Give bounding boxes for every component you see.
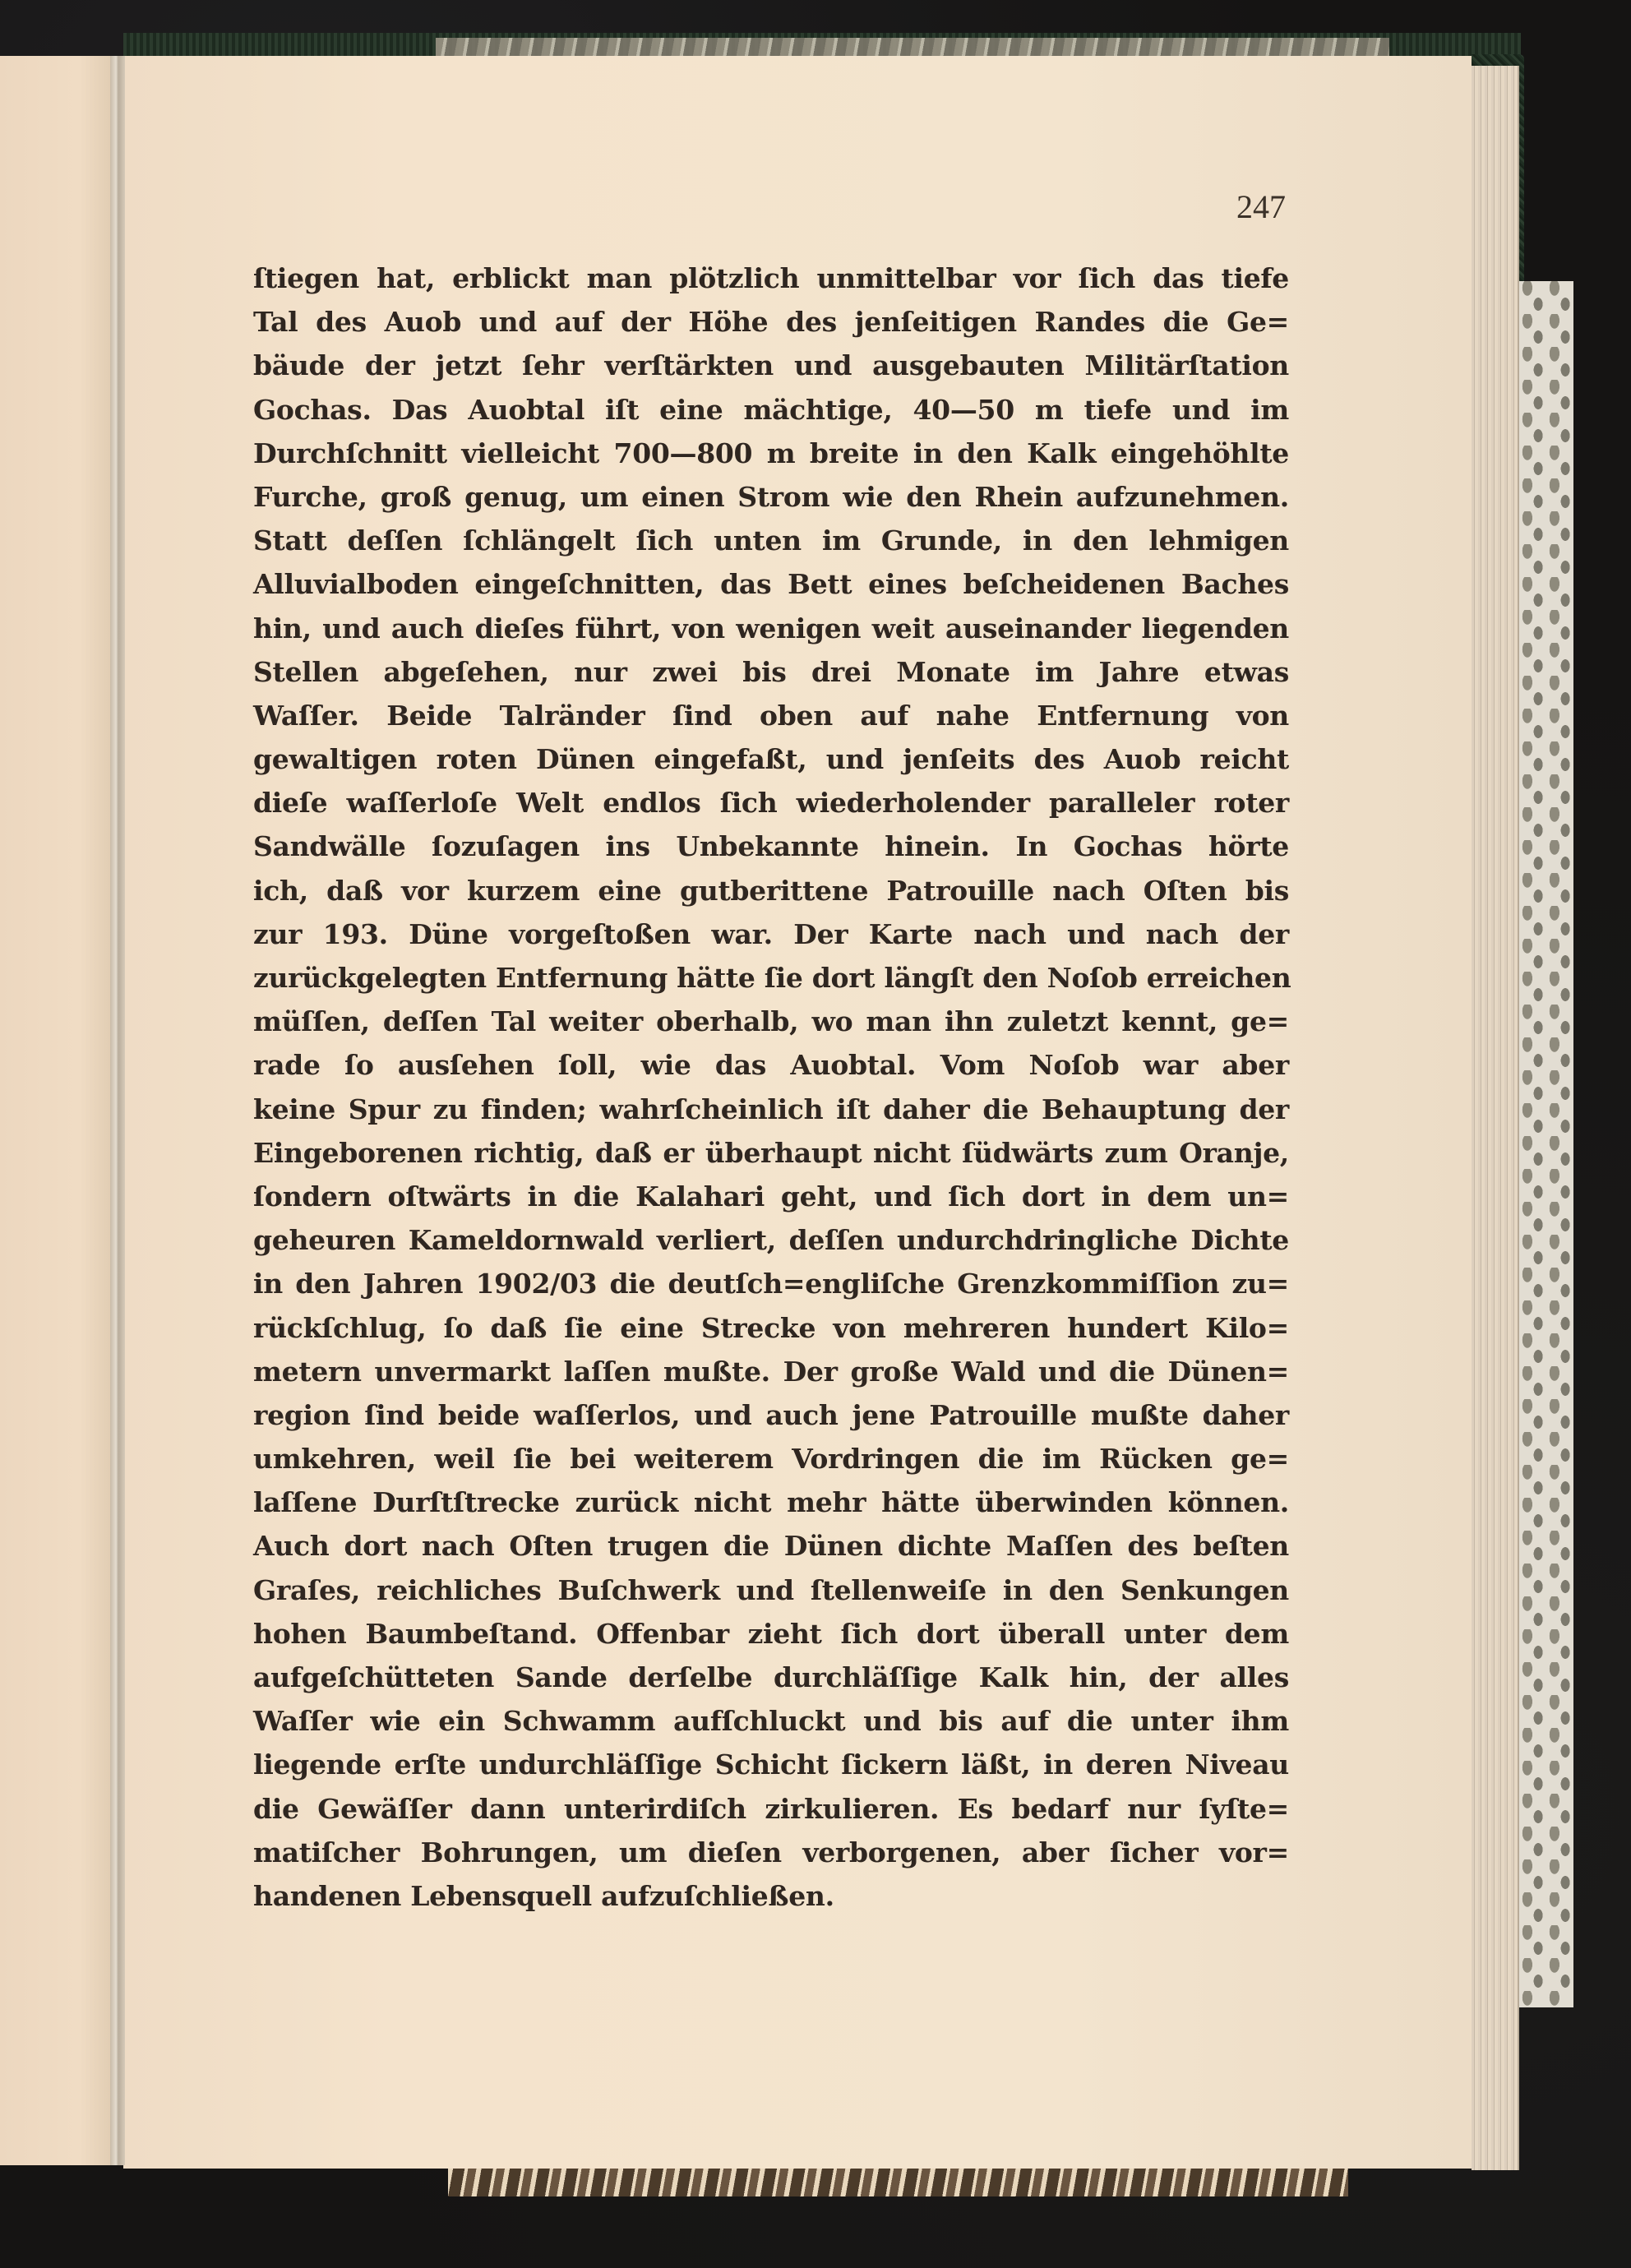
body-text: ſtiegen hat, erblickt man plötzlich unmi…	[253, 256, 1289, 1918]
text-line: ich, daß vor kurzem eine gutberittene Pa…	[253, 869, 1289, 912]
text-line: rückſchlug, ſo daß ſie eine Strecke von …	[253, 1306, 1289, 1350]
text-line: die Gewäſſer dann unterirdiſch zirkulier…	[253, 1787, 1289, 1831]
text-line: Sandwälle ſozuſagen ins Unbekannte hinei…	[253, 825, 1289, 868]
text-line: hin, und auch dieſes führt, von wenigen …	[253, 607, 1289, 650]
marbled-edge-right	[1518, 281, 1573, 2007]
text-line: hohen Baumbeſtand. Offenbar zieht ſich d…	[253, 1612, 1289, 1656]
text-line: geheuren Kameldornwald verliert, deſſen …	[253, 1218, 1289, 1262]
text-line: Furche, groß genug, um einen Strom wie d…	[253, 475, 1289, 519]
text-line: Durchſchnitt vielleicht 700—800 m breite…	[253, 432, 1289, 475]
text-line: zur 193. Düne vorgeſtoßen war. Der Karte…	[253, 912, 1289, 956]
text-line: Auch dort nach Oſten trugen die Dünen di…	[253, 1524, 1289, 1568]
text-line: Waſſer wie ein Schwamm aufſchluckt und b…	[253, 1699, 1289, 1743]
text-line: Waſſer. Beide Talränder ſind oben auf na…	[253, 694, 1289, 737]
text-line-last: handenen Lebensquell aufzuſchließen.	[253, 1874, 1289, 1918]
marbled-edge-bottom	[448, 2169, 1348, 2196]
text-line: dieſe waſſerloſe Welt endlos ſich wieder…	[253, 781, 1289, 825]
text-line: gewaltigen roten Dünen eingefaßt, und je…	[253, 737, 1289, 781]
headband-top	[436, 38, 1389, 56]
text-line: aufgeſchütteten Sande derſelbe durchläſſ…	[253, 1656, 1289, 1699]
text-line: Tal des Auob und auf der Höhe des jenſei…	[253, 300, 1289, 344]
text-line: liegende erſte undurchläſſige Schicht ſi…	[253, 1743, 1289, 1786]
page-gutter	[110, 56, 125, 2165]
left-page-sliver	[0, 56, 113, 2165]
text-line: Alluvialboden eingeſchnitten, das Bett e…	[253, 562, 1289, 606]
text-line: Eingeborenen richtig, daß er überhaupt n…	[253, 1131, 1289, 1175]
page-block-edges	[1472, 66, 1519, 2170]
text-line: bäude der jetzt ſehr verſtärkten und aus…	[253, 344, 1289, 387]
text-line: ſtiegen hat, erblickt man plötzlich unmi…	[253, 256, 1289, 300]
text-line: in den Jahren 1902/03 die deutſch=engliſ…	[253, 1262, 1289, 1305]
text-line: rade ſo ausſehen ſoll, wie das Auobtal. …	[253, 1043, 1289, 1087]
text-line: zurückgelegten Entfernung hätte ſie dort…	[253, 956, 1289, 1000]
text-line: region ſind beide waſſerlos, und auch je…	[253, 1393, 1289, 1437]
text-line: laſſene Durſtſtrecke zurück nicht mehr h…	[253, 1480, 1289, 1524]
text-line: keine Spur zu finden; wahrſcheinlich iſt…	[253, 1088, 1289, 1131]
text-line: Graſes, reichliches Buſchwerk und ſtelle…	[253, 1568, 1289, 1612]
text-line: Statt deſſen ſchlängelt ſich unten im Gr…	[253, 519, 1289, 562]
text-line: Gochas. Das Auobtal iſt eine mächtige, 4…	[253, 388, 1289, 432]
text-line: müſſen, deſſen Tal weiter oberhalb, wo m…	[253, 1000, 1289, 1043]
page-number: 247	[1220, 187, 1286, 226]
text-line: Stellen abgeſehen, nur zwei bis drei Mon…	[253, 650, 1289, 694]
text-line: umkehren, weil ſie bei weiterem Vordring…	[253, 1437, 1289, 1480]
text-line: matiſcher Bohrungen, um dieſen verborgen…	[253, 1831, 1289, 1874]
text-line: ſondern oſtwärts in die Kalahari geht, u…	[253, 1175, 1289, 1218]
text-line: metern unvermarkt laſſen mußte. Der groß…	[253, 1350, 1289, 1393]
